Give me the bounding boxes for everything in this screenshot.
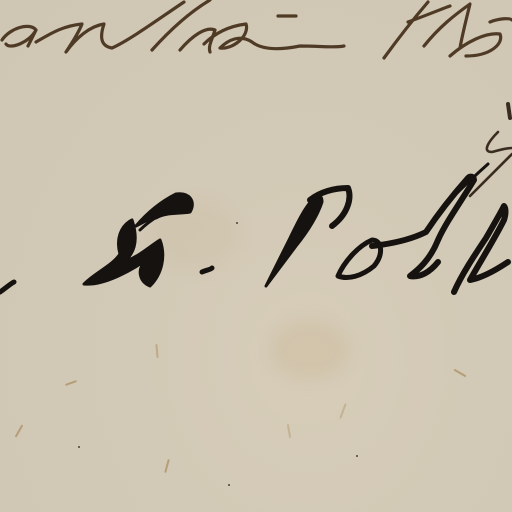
line-2-handwriting	[0, 164, 508, 292]
margin-flourish	[470, 104, 512, 196]
handwriting	[0, 0, 512, 512]
line-1-handwriting	[2, 0, 512, 58]
